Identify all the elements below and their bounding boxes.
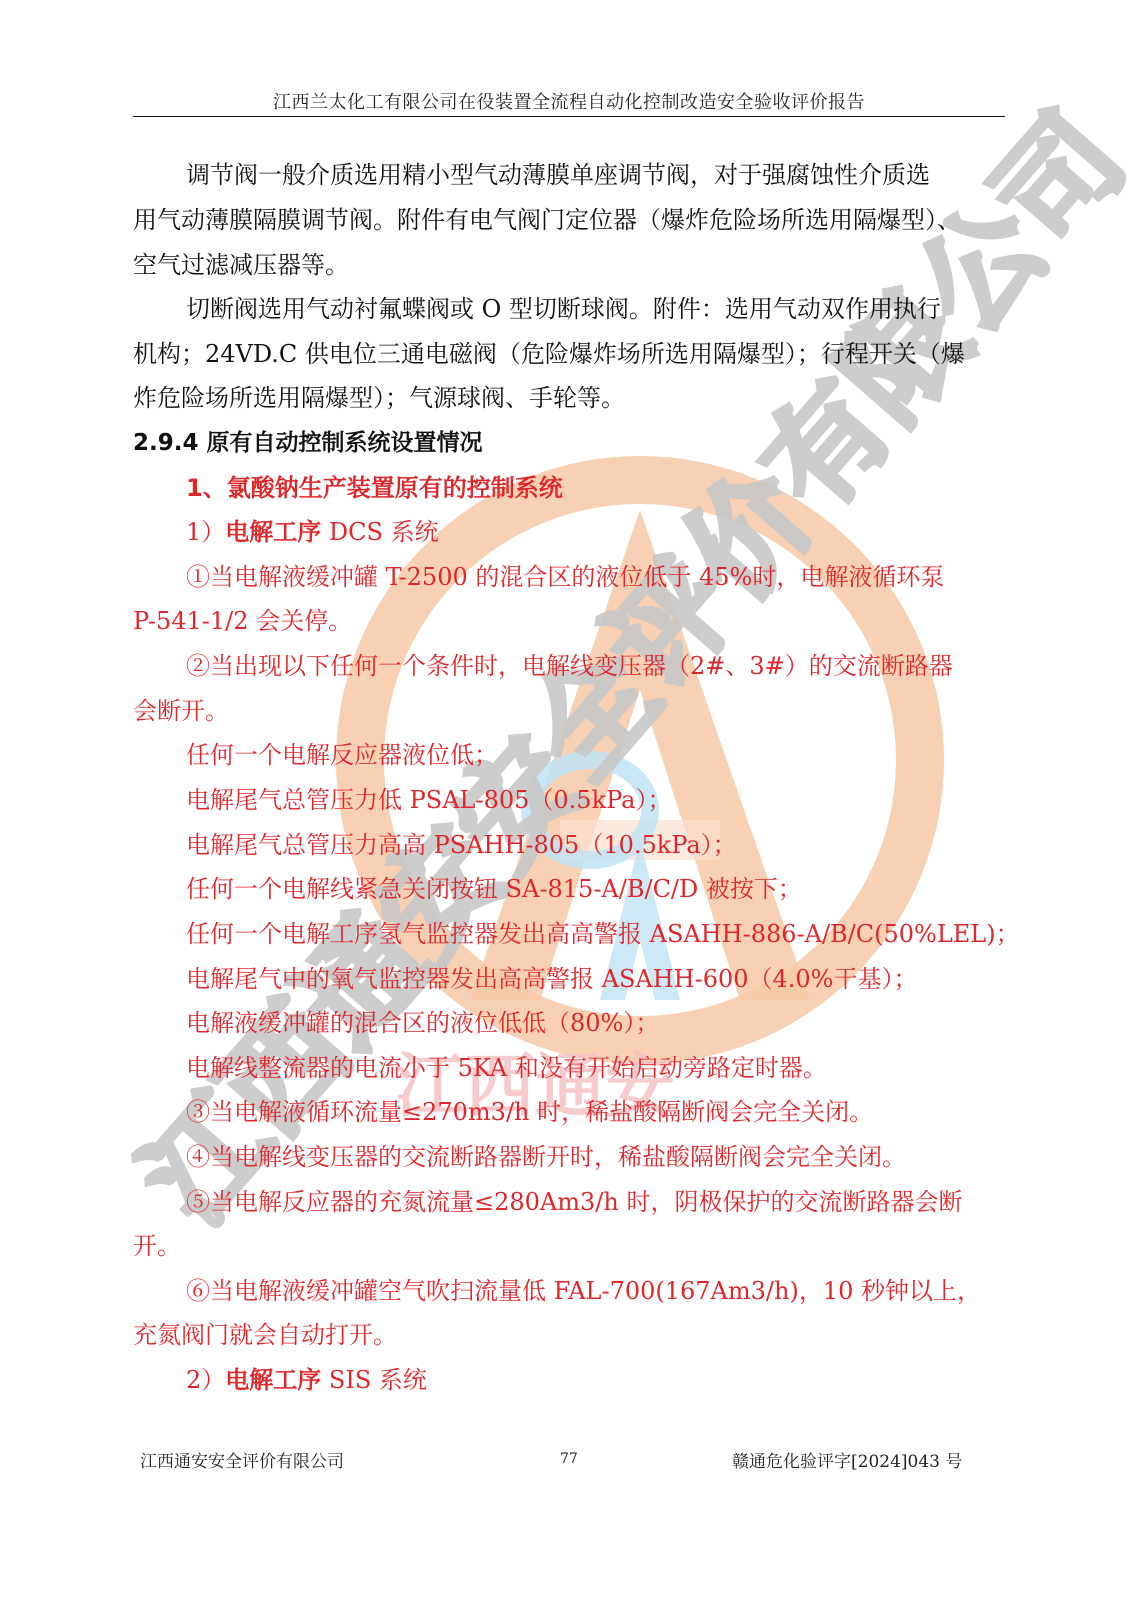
paragraph-line: 用气动薄膜隔膜调节阀。附件有电气阀门定位器（爆炸危险场所选用隔爆型）、	[133, 205, 961, 235]
red-paragraph-line: 电解液缓冲罐的混合区的液位低低（80%）；	[186, 1008, 659, 1038]
footer-document-code: 赣通危化验评字[2024]043 号	[732, 1447, 962, 1472]
red-paragraph-line: ③当电解液循环流量≤270m3/h 时，稀盐酸隔断阀会完全关闭。	[186, 1097, 873, 1127]
red-paragraph-line: ②当出现以下任何一个条件时，电解线变压器（2#、3#）的交流断路器	[186, 651, 953, 681]
item-rest: SIS 系统	[321, 1366, 427, 1394]
item-number: 2）	[186, 1366, 225, 1394]
paragraph-line: 切断阀选用气动衬氟蝶阀或 O 型切断球阀。附件：选用气动双作用执行	[186, 294, 941, 324]
page-content: 江西兰太化工有限公司在役装置全流程自动化控制改造安全验收评价报告 调节阀一般介质…	[0, 0, 1131, 1600]
red-paragraph-line: ⑤当电解反应器的充氮流量≤280Am3/h 时，阴极保护的交流断路器会断	[186, 1187, 962, 1217]
item-bold-label: 电解工序	[225, 1366, 321, 1394]
paragraph-line: 炸危险场所选用隔爆型）；气源球阀、手轮等。	[133, 383, 625, 413]
red-paragraph-line: 电解线整流器的电流小于 5KA 和没有开始启动旁路定时器。	[186, 1053, 827, 1083]
red-paragraph-line: ①当电解液缓冲罐 T-2500 的混合区的液位低于 45%时，电解液循环泵	[186, 562, 944, 592]
red-paragraph-line: 电解尾气中的氧气监控器发出高高警报 ASAHH-600（4.0%干基）；	[186, 964, 917, 994]
paragraph-line: 调节阀一般介质选用精小型气动薄膜单座调节阀，对于强腐蚀性介质选	[186, 160, 930, 190]
item-rest: DCS 系统	[321, 518, 438, 546]
section-heading: 2.9.4 原有自动控制系统设置情况	[133, 428, 483, 458]
red-paragraph-line: 电解尾气总管压力低 PSAL-805（0.5kPa）；	[186, 785, 672, 815]
paragraph-line: 空气过滤减压器等。	[133, 250, 349, 280]
paragraph-line: 机构；24VD.C 供电位三通电磁阀（危险爆炸场所选用隔爆型）；行程开关（爆	[133, 339, 965, 369]
red-paragraph-line: 充氮阀门就会自动打开。	[133, 1320, 397, 1350]
item-heading: 2）电解工序 SIS 系统	[186, 1365, 427, 1395]
document-page: 江西通安 江西通安安全评价有限公司 江西兰太化工有限公司在役装置全流程自动化控制…	[0, 0, 1131, 1600]
red-paragraph-line: 会断开。	[133, 696, 229, 726]
header-divider	[133, 116, 1005, 117]
subsection-heading: 1、氯酸钠生产装置原有的控制系统	[186, 473, 563, 503]
item-bold-label: 电解工序	[225, 518, 321, 546]
red-paragraph-line: P-541-1/2 会关停。	[133, 606, 352, 636]
red-paragraph-line: ⑥当电解液缓冲罐空气吹扫流量低 FAL-700(167Am3/h)，10 秒钟以…	[186, 1276, 981, 1306]
page-number: 77	[560, 1451, 578, 1467]
footer-company: 江西通安安全评价有限公司	[140, 1447, 344, 1472]
red-paragraph-line: ④当电解线变压器的交流断路器断开时，稀盐酸隔断阀会完全关闭。	[186, 1142, 906, 1172]
red-paragraph-line: 任何一个电解工序氢气监控器发出高高警报 ASAHH-886-A/B/C(50%L…	[186, 919, 1020, 949]
page-header-title: 江西兰太化工有限公司在役装置全流程自动化控制改造安全验收评价报告	[133, 88, 1005, 114]
red-paragraph-line: 电解尾气总管压力高高 PSAHH-805（10.5kPa）；	[186, 830, 737, 860]
red-paragraph-line: 任何一个电解反应器液位低；	[186, 740, 498, 770]
item-heading: 1）电解工序 DCS 系统	[186, 517, 439, 547]
red-paragraph-line: 开。	[133, 1231, 181, 1261]
item-number: 1）	[186, 518, 225, 546]
red-paragraph-line: 任何一个电解线紧急关闭按钮 SA-815-A/B/C/D 被按下；	[186, 874, 802, 904]
